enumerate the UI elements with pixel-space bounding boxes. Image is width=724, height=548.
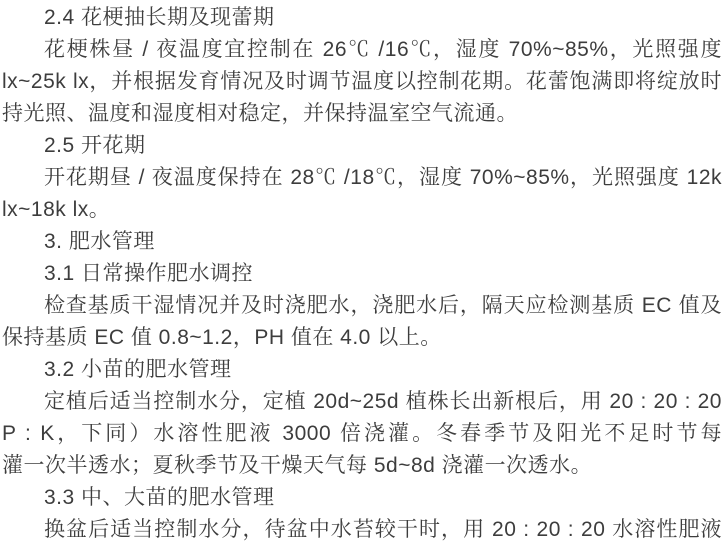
section-heading-3-1: 3.1 日常操作肥水调控 — [2, 258, 722, 290]
text-line: lx~25k lx，并根据发育情况及时调节温度以控制花期。花蕾饱满即将绽放时保 — [2, 66, 722, 98]
document-page: 2.4 花梗抽长期及现蕾期 花梗株昼 / 夜温度宜控制在 26℃ /16℃，湿度… — [0, 0, 724, 548]
text-line: 定植后适当控制水分，定植 20d~25d 植株长出新根后，用 20 : 20 :… — [2, 386, 722, 418]
text-line: P : K，下同）水溶性肥液 3000 倍浇灌。冬春季节及阳光不足时节每 7d~… — [2, 418, 722, 450]
text-line: 花梗株昼 / 夜温度宜控制在 26℃ /16℃，湿度 70%~85%，光照强度 … — [2, 34, 722, 66]
section-heading-2-5: 2.5 开花期 — [2, 130, 722, 162]
section-heading-3-2: 3.2 小苗的肥水管理 — [2, 354, 722, 386]
text-line: 换盆后适当控制水分，待盆中水苔较干时，用 20 : 20 : 20 水溶性肥液 — [2, 514, 722, 546]
text-line: 检查基质干湿情况并及时浇肥水，浇肥水后，隔天应检测基质 EC 值及 PH 值， — [2, 290, 722, 322]
text-line: 保持基质 EC 值 0.8~1.2，PH 值在 4.0 以上。 — [2, 322, 722, 354]
text-line: 灌一次半透水；夏秋季节及干燥天气每 5d~8d 浇灌一次透水。 — [2, 450, 722, 482]
text-line: 持光照、温度和湿度相对稳定，并保持温室空气流通。 — [2, 98, 722, 130]
section-heading-3-3: 3.3 中、大苗的肥水管理 — [2, 482, 722, 514]
section-heading-3: 3. 肥水管理 — [2, 226, 722, 258]
text-line: 开花期昼 / 夜温度保持在 28℃ /18℃，湿度 70%~85%，光照强度 1… — [2, 162, 722, 194]
text-line: lx~18k lx。 — [2, 194, 722, 226]
section-heading-2-4: 2.4 花梗抽长期及现蕾期 — [2, 2, 722, 34]
